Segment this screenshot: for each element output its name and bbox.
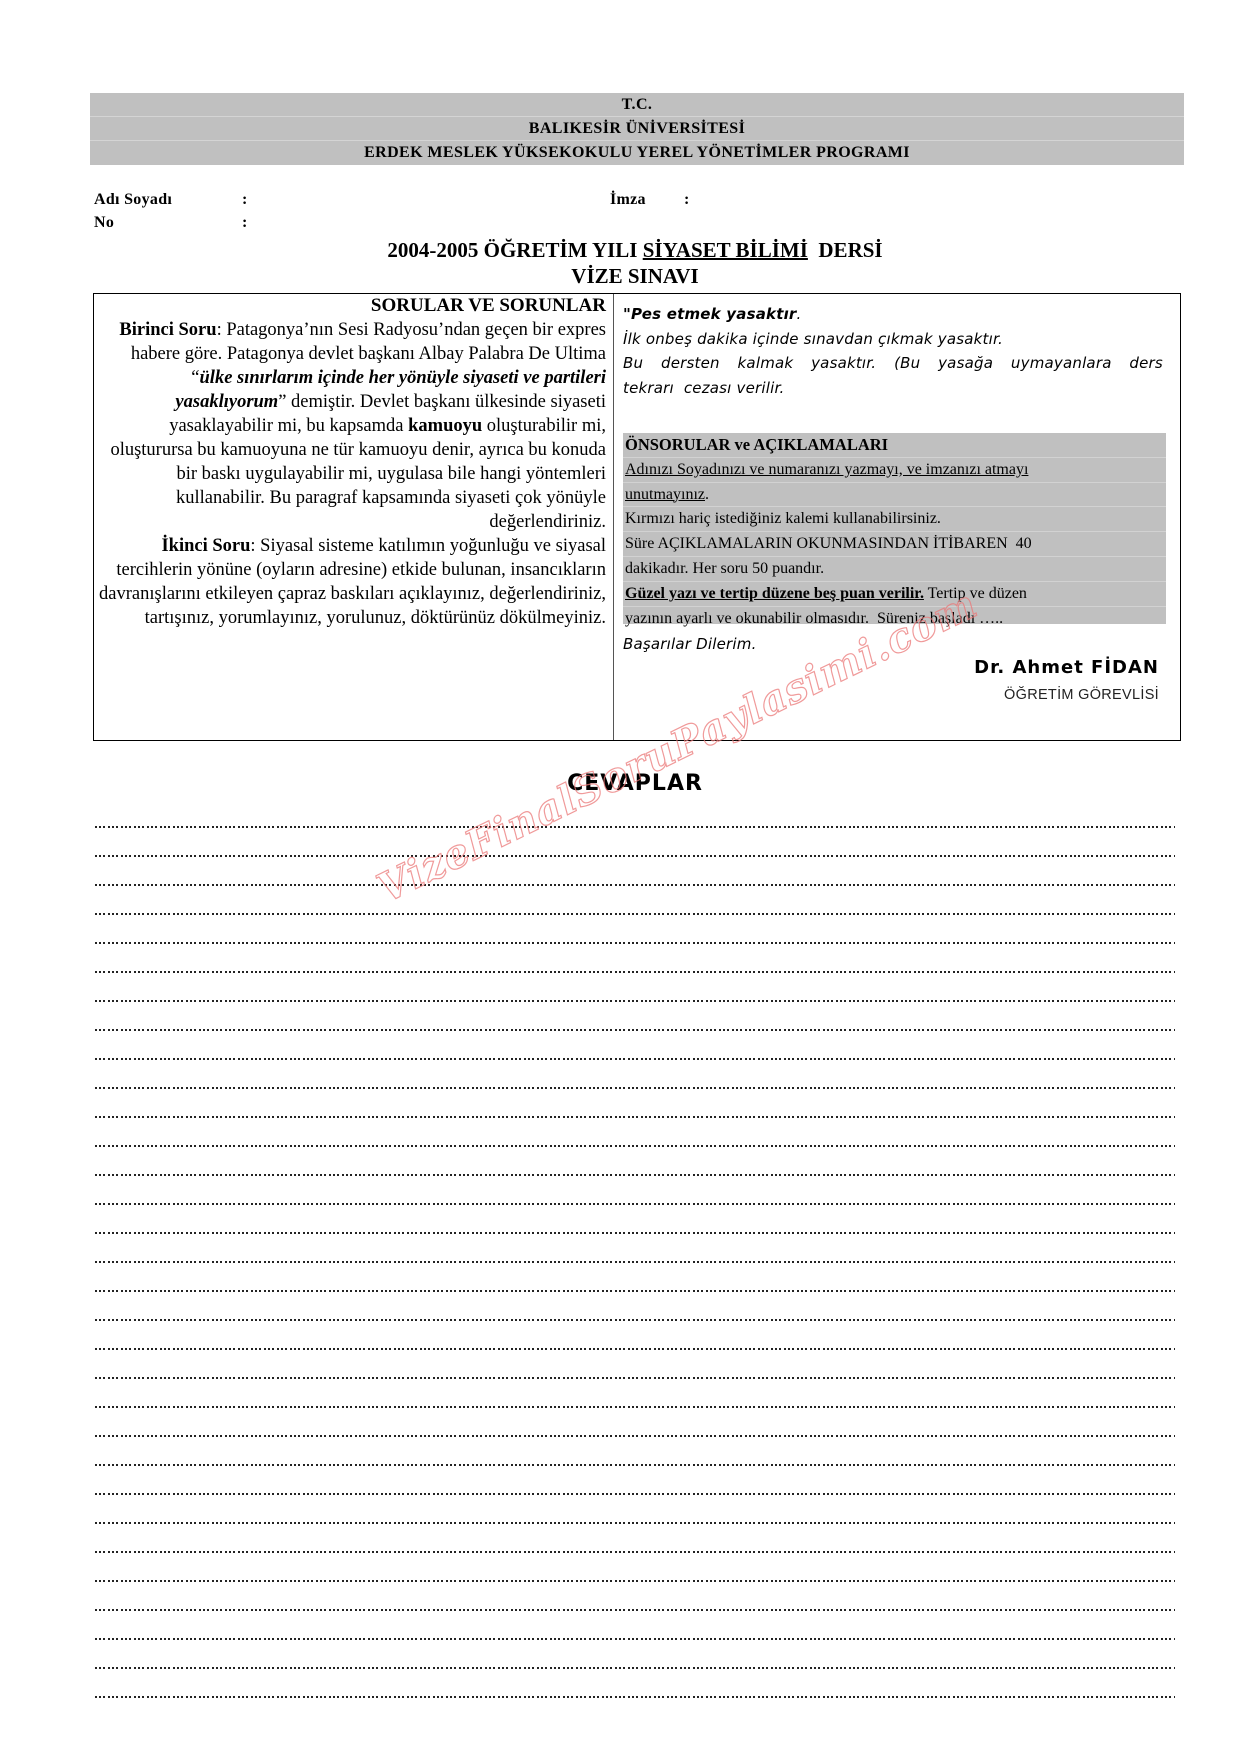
rule-2-word: yasağa: [938, 351, 993, 376]
rule-2-end: tekrarı cezası verilir.: [623, 376, 1173, 401]
answer-line[interactable]: [95, 1058, 1175, 1087]
greeting: Başarılar Dilerim.: [623, 632, 757, 657]
instruction-4: Güzel yazı ve tertip düzene beş puan ver…: [623, 582, 1166, 607]
answer-line[interactable]: [95, 1087, 1175, 1116]
answer-line[interactable]: [95, 1174, 1175, 1203]
instructions-panel: ÖNSORULAR ve AÇIKLAMALARI Adınızı Soyadı…: [623, 433, 1166, 624]
instruction-4-bold: Güzel yazı ve tertip düzene beş puan ver…: [625, 585, 924, 602]
header-country: T.C.: [90, 93, 1184, 117]
title-course: SİYASET BİLİMİ: [643, 238, 808, 262]
answer-line[interactable]: [95, 1667, 1175, 1696]
rule-2-word: yasaktır.: [811, 351, 876, 376]
exam-title: 2004-2005 ÖĞRETİM YILI SİYASET BİLİMİ DE…: [0, 238, 1240, 263]
motto: "Pes etmek yasaktır: [623, 305, 797, 323]
motto-end: .: [797, 305, 802, 323]
number-colon: :: [242, 214, 248, 232]
question-1-label: Birinci Soru: [119, 320, 216, 340]
instruction-1: Adınızı Soyadınızı ve numaranızı yazmayı…: [623, 458, 1166, 483]
instruction-2: Kırmızı hariç istediğiniz kalemi kullana…: [623, 507, 1166, 532]
instructions-heading: ÖNSORULAR ve AÇIKLAMALARI: [623, 433, 1166, 458]
title-suffix: DERSİ: [808, 238, 883, 262]
answer-line[interactable]: [95, 1377, 1175, 1406]
answer-line[interactable]: [95, 1290, 1175, 1319]
header-program: ERDEK MESLEK YÜKSEKOKULU YEREL YÖNETİMLE…: [90, 141, 1184, 165]
rules-block: "Pes etmek yasaktır. İlk onbeş dakika iç…: [623, 302, 1173, 400]
signature-field[interactable]: İmza :: [610, 191, 646, 209]
name-field[interactable]: Adı Soyadı :: [94, 191, 172, 209]
rule-2-word: uymayanlara: [1011, 351, 1112, 376]
answer-line[interactable]: [95, 1348, 1175, 1377]
answer-line[interactable]: [95, 1406, 1175, 1435]
question-1: Birinci Soru: Patagonya’nın Sesi Radyosu…: [96, 318, 606, 534]
answer-line[interactable]: [95, 884, 1175, 913]
instruction-3-cont: dakikadır. Her soru 50 puandır.: [623, 557, 1166, 582]
question-2-label: İkinci Soru: [161, 536, 250, 556]
column-divider: [613, 294, 614, 740]
answer-line[interactable]: [95, 1029, 1175, 1058]
rule-2-word: ders: [1129, 351, 1163, 376]
exam-subtitle: VİZE SINAVI: [0, 264, 1240, 289]
answer-line[interactable]: [95, 942, 1175, 971]
answer-line[interactable]: [95, 1116, 1175, 1145]
instruction-1-cont: unutmayınız.: [623, 483, 1166, 508]
instruction-1-cont-end: .: [705, 486, 709, 503]
instruction-3: Süre AÇIKLAMALARIN OKUNMASINDAN İTİBAREN…: [623, 532, 1166, 557]
answer-line[interactable]: [95, 913, 1175, 942]
rule-2-word: (Bu: [894, 351, 920, 376]
title-year: 2004-2005 ÖĞRETİM YILI: [387, 238, 642, 262]
header-university: BALIKESİR ÜNİVERSİTESİ: [90, 117, 1184, 141]
rules-column: "Pes etmek yasaktır. İlk onbeş dakika iç…: [623, 302, 1173, 400]
answer-line[interactable]: [95, 855, 1175, 884]
rule-2-word: dersten: [661, 351, 720, 376]
answer-line[interactable]: [95, 1261, 1175, 1290]
instruction-1-cont-text: unutmayınız: [625, 486, 705, 503]
signature-label: İmza: [610, 191, 646, 208]
questions-heading: SORULAR VE SORUNLAR: [96, 294, 606, 318]
institution-header: T.C. BALIKESİR ÜNİVERSİTESİ ERDEK MESLEK…: [90, 93, 1184, 165]
answer-line[interactable]: [95, 1580, 1175, 1609]
answer-line[interactable]: [95, 1464, 1175, 1493]
answer-line[interactable]: [95, 1522, 1175, 1551]
answer-line[interactable]: [95, 1609, 1175, 1638]
questions-box: SORULAR VE SORUNLAR Birinci Soru: Patago…: [93, 293, 1181, 741]
rule-2-word: kalmak: [738, 351, 794, 376]
answer-line[interactable]: [95, 1696, 1175, 1725]
rule-2-word: Bu: [623, 351, 643, 376]
name-label: Adı Soyadı: [94, 191, 172, 208]
questions-column: SORULAR VE SORUNLAR Birinci Soru: Patago…: [96, 294, 606, 630]
number-label: No: [94, 214, 114, 231]
answer-line[interactable]: [95, 1000, 1175, 1029]
answer-line[interactable]: [95, 1493, 1175, 1522]
signatory-title: ÖĞRETİM GÖREVLİSİ: [1004, 687, 1159, 703]
answer-line[interactable]: [95, 971, 1175, 1000]
number-field[interactable]: No :: [94, 214, 114, 232]
answer-line[interactable]: [95, 1232, 1175, 1261]
answer-line[interactable]: [95, 1203, 1175, 1232]
answer-lines[interactable]: [95, 826, 1175, 1725]
signatory-name: Dr. Ahmet FİDAN: [974, 657, 1159, 678]
signature-colon: :: [684, 191, 690, 209]
answer-line[interactable]: [95, 1435, 1175, 1464]
answer-line[interactable]: [95, 1638, 1175, 1667]
answer-line[interactable]: [95, 1145, 1175, 1174]
rule-1: İlk onbeş dakika içinde sınavdan çıkmak …: [623, 327, 1173, 352]
answer-line[interactable]: [95, 1319, 1175, 1348]
rule-2: Buderstenkalmakyasaktır.(Buyasağauymayan…: [623, 351, 1163, 376]
name-colon: :: [242, 191, 248, 209]
question-2: İkinci Soru: Siyasal sisteme katılımın y…: [96, 534, 606, 630]
question-1-keyword: kamuoyu: [408, 416, 482, 436]
answer-line[interactable]: [95, 826, 1175, 855]
answer-line[interactable]: [95, 1551, 1175, 1580]
